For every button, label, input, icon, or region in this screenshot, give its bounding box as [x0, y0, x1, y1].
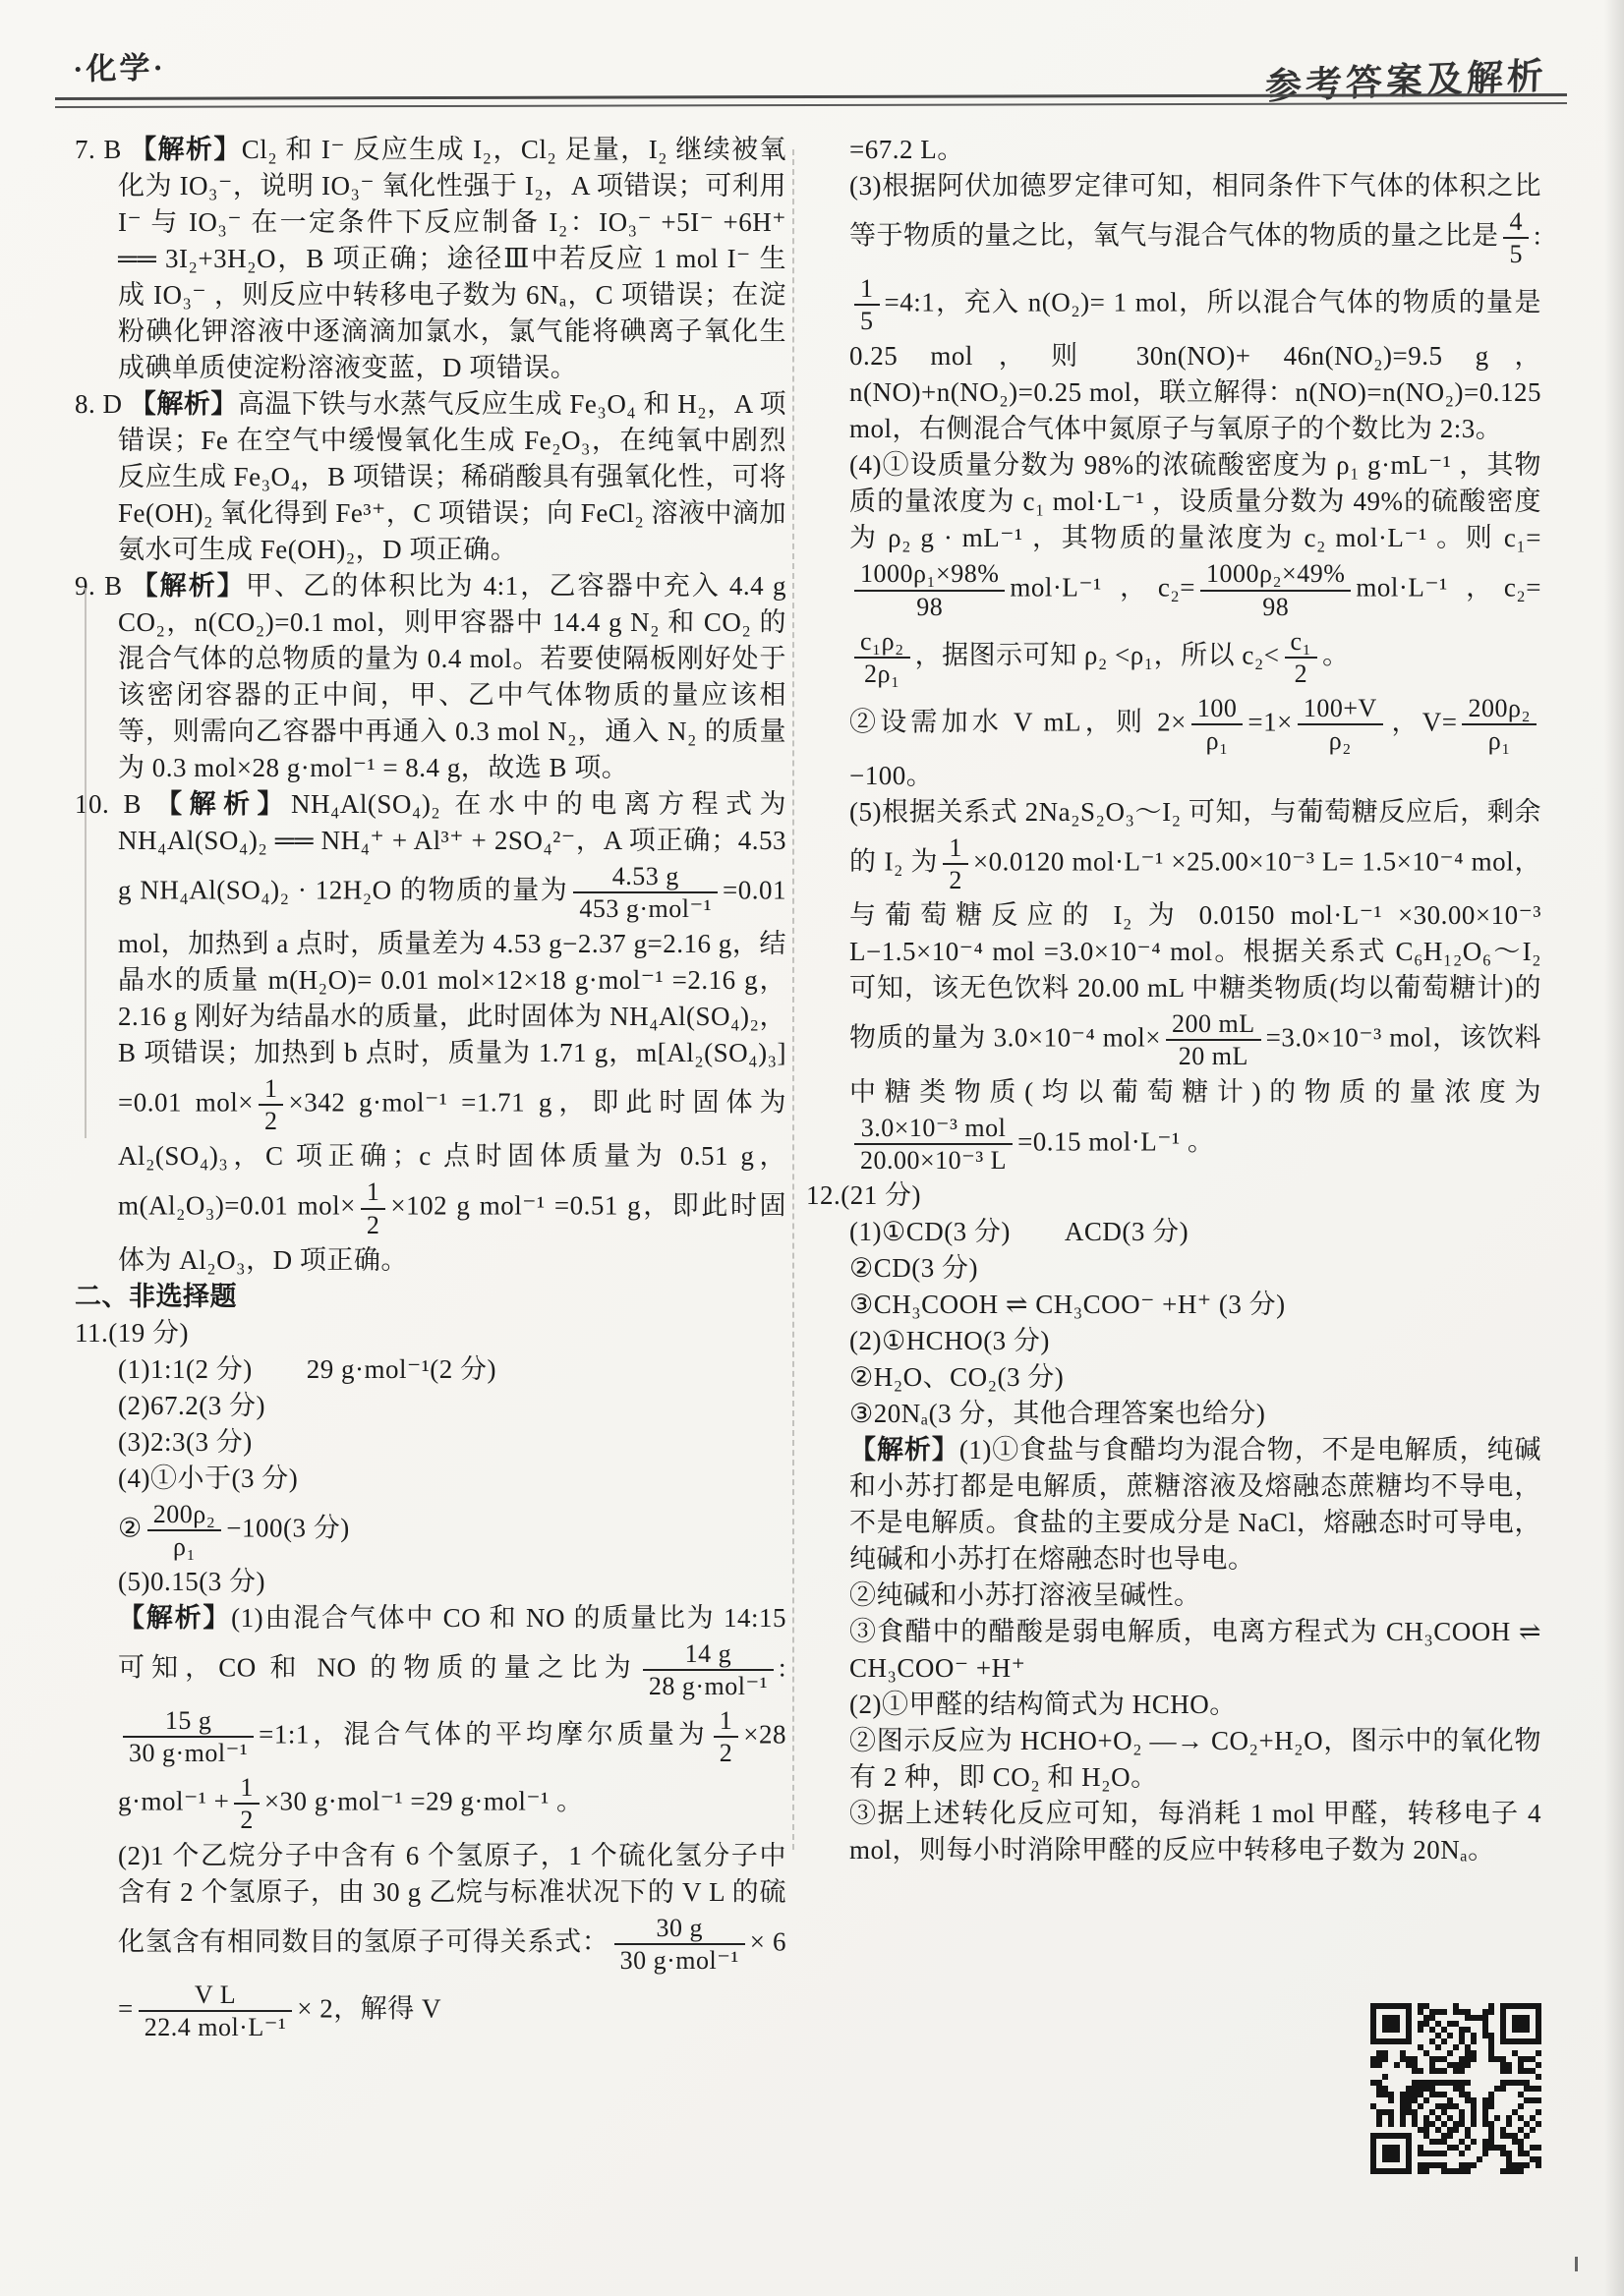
fraction: 100+Vρ₂: [1298, 694, 1383, 755]
fraction: 200ρ₂ρ₁: [1462, 694, 1537, 755]
item-11-header: 11.(19 分): [75, 1315, 786, 1351]
item-11-analysis-1: 【解析】(1)由混合气体中 CO 和 NO 的质量比为 14:15 可知，CO …: [118, 1600, 786, 1838]
item-11-analysis-5: ②设需加水 V mL，则 2×100ρ₁=1×100+Vρ₂，V=200ρ₂ρ₁…: [849, 691, 1541, 794]
item-11-answer-6: (5)0.15(3 分): [118, 1564, 786, 1600]
item-12-answer-4: (2)①HCHO(3 分): [849, 1323, 1541, 1359]
fraction: 12: [259, 1074, 284, 1135]
fraction: 12: [714, 1706, 739, 1767]
fraction: 12: [361, 1177, 386, 1238]
fraction: 100ρ₁: [1191, 694, 1244, 755]
page-corner-mark: [1575, 2257, 1578, 2271]
fraction: 30 g30 g·mol⁻¹: [614, 1914, 745, 1975]
scan-edge-shadow: [1604, 0, 1624, 2296]
scan-fold-line: [85, 588, 87, 1138]
page-subject: ·化学·: [73, 42, 166, 88]
fraction: 200 mL20 mL: [1166, 1009, 1261, 1070]
item-12-header: 12.(21 分): [806, 1177, 1541, 1214]
fraction: V L22.4 mol·L⁻¹: [139, 1980, 293, 2041]
fraction: 1000ρ₂×49%98: [1200, 559, 1351, 620]
item-11-analysis-6: (5)根据关系式 2Na₂S₂O₃～I₂ 可知，与葡萄糖反应后，剩余的 I₂ 为…: [849, 794, 1541, 1177]
item-12-answer-6: ③20Nₐ(3 分，其他合理答案也给分): [849, 1396, 1541, 1432]
left-column: 7. B 【解析】Cl₂ 和 I⁻ 反应生成 I₂，Cl₂ 足量，I₂ 继续被氧…: [75, 132, 786, 2044]
section-title: 二、非选择题: [75, 1279, 786, 1315]
item-12-answer-1: (1)①CD(3 分) ACD(3 分): [849, 1214, 1541, 1250]
item-11-answer-5: ②200ρ₂ρ₁−100(3 分): [118, 1497, 786, 1564]
qr-code: [1370, 2003, 1543, 2176]
item-8: 8. D 【解析】高温下铁与水蒸气反应生成 Fe₃O₄ 和 H₂，A 项错误；F…: [75, 386, 786, 568]
item-12-answer-2: ②CD(3 分): [849, 1250, 1541, 1287]
item-12-analysis-4: (2)①甲醛的结构简式为 HCHO。: [849, 1687, 1541, 1723]
item-11-answer-2: (2)67.2(3 分): [118, 1388, 786, 1424]
column-divider: [792, 149, 794, 1850]
item-11-analysis-2: (2)1 个乙烷分子中含有 6 个氢原子，1 个硫化氢分子中含有 2 个氢原子，…: [118, 1838, 786, 2044]
item-12-answer-3: ③CH₃COOH ⇌ CH₃COO⁻ +H⁺ (3 分): [849, 1287, 1541, 1323]
fraction: 200ρ₂ρ₁: [147, 1500, 222, 1561]
right-column: =67.2 L。(3)根据阿伏加德罗定律可知，相同条件下气体的体积之比等于物质的…: [806, 132, 1541, 1868]
fraction: 1000ρ₁×98%98: [854, 559, 1005, 620]
fraction: 15 g30 g·mol⁻¹: [123, 1706, 254, 1767]
item-12-analysis-5: ②图示反应为 HCHO+O₂ —→ CO₂+H₂O，图示中的氧化物有 2 种，即…: [849, 1723, 1541, 1796]
item-12-answer-5: ②H₂O、CO₂(3 分): [849, 1359, 1541, 1396]
item-12-analysis-1: 【解析】(1)①食盐与食醋均为混合物，不是电解质，纯碱和小苏打都是电解质，蔗糖溶…: [849, 1432, 1541, 1578]
item-11-answer-1: (1)1:1(2 分) 29 g·mol⁻¹(2 分): [118, 1351, 786, 1388]
item-12-analysis-6: ③据上述转化反应可知，每消耗 1 mol 甲醛，转移电子 4 mol，则每小时消…: [849, 1796, 1541, 1868]
fraction: c₁ρ₂2ρ₁: [854, 627, 910, 688]
item-11-answer-3: (3)2:3(3 分): [118, 1424, 786, 1461]
item-11-answer-4: (4)①小于(3 分): [118, 1461, 786, 1497]
item-12-analysis-2: ②纯碱和小苏打溶液呈碱性。: [849, 1578, 1541, 1614]
fraction: 12: [943, 833, 968, 894]
item-7: 7. B 【解析】Cl₂ 和 I⁻ 反应生成 I₂，Cl₂ 足量，I₂ 继续被氧…: [75, 132, 786, 386]
fraction: 12: [234, 1773, 260, 1834]
item-12-analysis-3: ③食醋中的醋酸是弱电解质，电离方程式为 CH₃COOH ⇌ CH₃COO⁻ +H…: [849, 1614, 1541, 1687]
fraction: 14 g28 g·mol⁻¹: [643, 1639, 774, 1700]
fraction: c₁2: [1285, 627, 1318, 688]
item-11-analysis-3: (3)根据阿伏加德罗定律可知，相同条件下气体的体积之比等于物质的量之比，氧气与混…: [849, 168, 1541, 447]
fraction: 3.0×10⁻³ mol20.00×10⁻³ L: [854, 1114, 1013, 1175]
fraction: 45: [1503, 207, 1529, 268]
answer-continuation: =67.2 L。: [849, 132, 1541, 168]
fraction: 15: [854, 274, 880, 335]
item-9: 9. B 【解析】甲、乙的体积比为 4:1，乙容器中充入 4.4 g CO₂，n…: [75, 568, 786, 786]
fraction: 4.53 g453 g·mol⁻¹: [573, 862, 718, 923]
item-10: 10. B 【解析】NH₄Al(SO₄)₂ 在水中的电离方程式为 NH₄Al(S…: [75, 786, 786, 1279]
item-11-analysis-4: (4)①设质量分数为 98%的浓硫酸密度为 ρ₁ g·mL⁻¹ ，其物质的量浓度…: [849, 447, 1541, 690]
